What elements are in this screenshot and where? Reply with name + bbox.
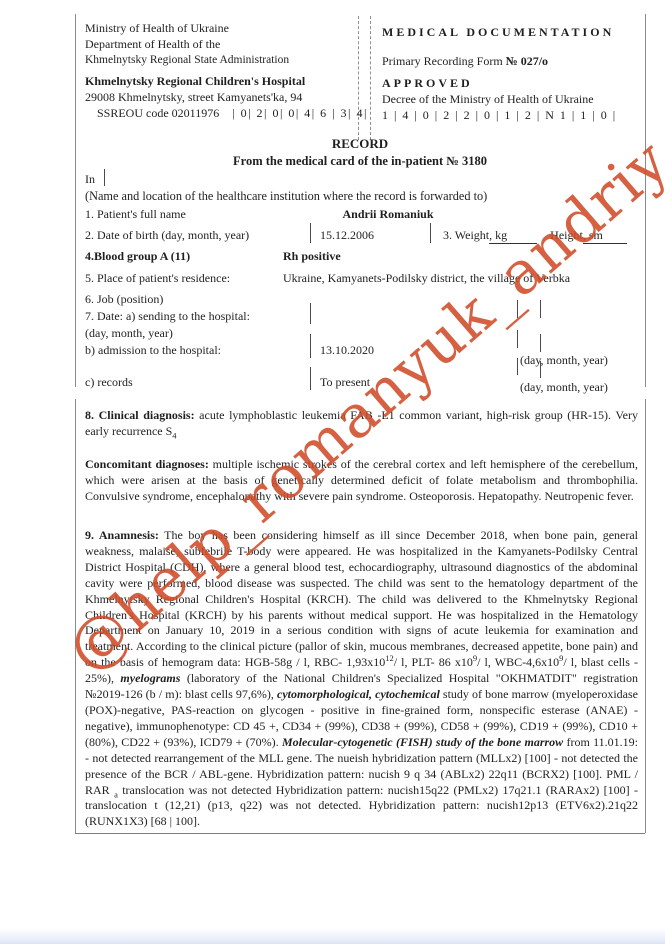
field-5-label: 5. Place of patient's residence:	[85, 270, 230, 286]
field-7b-separator-bar	[310, 334, 311, 358]
field-1-value: Andrii Romaniuk	[298, 206, 478, 222]
field-2-label: 2. Date of birth (day, month, year)	[85, 227, 249, 243]
ministry-line-3: Khmelnytsky Regional State Administratio…	[85, 52, 289, 68]
ssreou-line: SSREOU code 02011976 | 0| 2| 0| 0| 4| 6 …	[97, 105, 368, 121]
decree-line: Decree of the Ministry of Health of Ukra…	[382, 91, 594, 107]
approved-label: APPROVED	[382, 75, 473, 91]
ministry-line-1: Ministry of Health of Ukraine	[85, 20, 229, 36]
page-border-bottom	[75, 833, 645, 834]
in-separator-bar	[104, 169, 105, 186]
record-title: RECORD	[75, 136, 645, 152]
ssreou-code-boxes: | 0| 2| 0| 0| 4| 6 | 3| 4|	[232, 106, 368, 120]
field-7b-label: b) admission to the hospital:	[85, 342, 221, 358]
hospital-name: Khmelnytsky Regional Children's Hospital	[85, 73, 305, 89]
page-border-left-bottom	[75, 399, 76, 833]
in-label: In	[85, 171, 95, 187]
field-7a-label: 7. Date: a) sending to the hospital:	[85, 308, 250, 324]
height-label: Height	[550, 228, 583, 242]
field-7c-date-bar-1	[517, 358, 518, 375]
field-4-value: Rh positive	[283, 248, 341, 264]
bottom-edge-strip	[0, 928, 665, 944]
page-border-right-top	[645, 14, 646, 387]
field-7a-separator-bar	[310, 303, 311, 324]
field-7c-note: (day, month, year)	[520, 379, 608, 395]
field-2-value: 15.12.2006	[320, 227, 374, 243]
weight-label: 3. Weight	[443, 228, 489, 242]
form-code-boxes: 1 | 4 | 0 | 2 | 2 | 0 | 1 | 2 | N 1 | 1 …	[382, 107, 617, 123]
field-1-label: 1. Patient's full name	[85, 206, 186, 222]
field-7c-date-bar-2	[540, 361, 541, 378]
ssreou-label: SSREOU code 02011976	[97, 106, 219, 120]
field-7b-date-bar-2	[540, 334, 541, 352]
hospital-address: 29008 Khmelnytsky, street Kamyanets'ka, …	[85, 89, 302, 105]
page-border-left-top	[75, 14, 76, 387]
ministry-line-2: Department of Health of the	[85, 36, 220, 52]
field-7c-separator-bar	[310, 367, 311, 390]
anamnesis-paragraph: 9. Anamnesis: The boy has been consideri…	[85, 528, 638, 830]
page-border-right-bottom	[645, 399, 646, 833]
clinical-diagnosis-paragraph: 8. Clinical diagnosis: acute lymphoblast…	[85, 407, 638, 439]
field-7c-value: To present	[320, 374, 370, 390]
record-subtitle: From the medical card of the in-patient …	[75, 153, 645, 169]
field-5-value: Ukraine, Kamyanets-Podilsky district, th…	[283, 270, 570, 286]
form-number-line: Primary Recording Form № 027/o	[382, 53, 548, 69]
weight-value-blank: , kg	[489, 227, 537, 244]
medical-documentation-title: MEDICAL DOCUMENTATION	[382, 24, 614, 40]
field-3-weight-height: 3. Weight, kg Height, sm	[443, 227, 627, 244]
header-column-divider-2	[370, 16, 371, 140]
scanned-medical-record-page: Ministry of Health of Ukraine Department…	[0, 0, 665, 944]
field-7a-note: (day, month, year)	[85, 325, 173, 341]
field-2-separator-bar	[310, 223, 311, 243]
field-7b-date-bar-1	[517, 330, 518, 348]
height-value-blank: , sm	[583, 227, 627, 244]
field-7c-label: c) records	[85, 374, 133, 390]
header-column-divider-1	[358, 16, 359, 140]
field-7a-date-bar-1	[517, 300, 518, 318]
field-7a-date-bar-2	[540, 300, 541, 318]
concomitant-diagnoses-paragraph: Concomitant diagnoses: multiple ischemic…	[85, 456, 638, 504]
field-7b-value: 13.10.2020	[320, 342, 374, 358]
field-7b-note: (day, month, year)	[520, 352, 608, 368]
field-6-label: 6. Job (position)	[85, 291, 163, 307]
field-4-label: 4.Blood group A (11)	[85, 248, 190, 264]
field-3-separator-bar	[430, 223, 431, 243]
in-note: (Name and location of the healthcare ins…	[85, 188, 487, 204]
